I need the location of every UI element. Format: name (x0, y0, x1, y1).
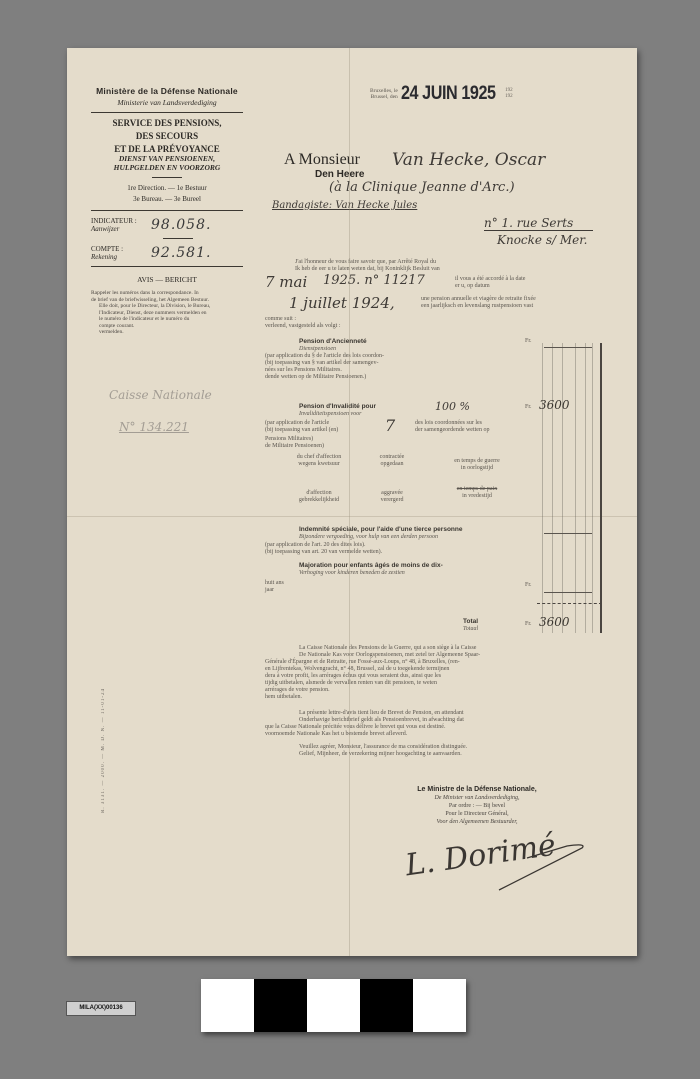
brevet-paragraph: La présente lettre-d'avis tient lieu de … (265, 710, 464, 738)
date-label-nl: Brussel, den (370, 94, 398, 100)
intro-fr: J'ai l'honneur de vous faire savoir que,… (295, 259, 440, 266)
inventory-label: MILA(XX)00136 (66, 1001, 136, 1016)
divider (91, 266, 243, 267)
salutation-nl: Den Heere (315, 169, 364, 180)
service-fr-2: DES SECOURS (91, 131, 243, 141)
caisse-paragraph: La Caisse Nationale des Pensions de la G… (265, 645, 480, 701)
service-fr-1: SERVICE DES PENSIONS, (91, 118, 243, 128)
addressee-line3: Bandagiste: Van Hecke Jules (272, 200, 417, 211)
service-fr-3: ET DE LA PRÉVOYANCE (91, 144, 243, 154)
indicateur-field: INDICATEUR : Aanwijzer 98.058. (91, 217, 243, 233)
addressee-city: Knocke s/ Mer. (497, 233, 587, 247)
minister-title: Le Ministre de la Défense Nationale, (417, 786, 536, 793)
pension-invalidite: Pension d'Invalidité pour Invaliditeitsp… (299, 403, 376, 418)
ministry-nl: Ministerie van Landsverdediging (91, 98, 243, 107)
signature-flourish (497, 838, 587, 893)
signature-block: Le Ministre de la Défense Nationale, De … (387, 786, 567, 826)
total-amount: 3600 (539, 615, 570, 629)
service-nl-2: HULPGELDEN EN VOORZORG (91, 163, 243, 172)
compte-label-nl: Rekening (91, 253, 151, 261)
pencil-note-1: Caisse Nationale (109, 388, 212, 402)
closing-formula: Veuillez agréer, Monsieur, l'assurance d… (299, 744, 467, 758)
date-stamp: 24 JUIN 1925 (401, 83, 496, 105)
start-date: 1 juillet 1924, (289, 294, 395, 312)
avis-text: Rappeler les numéros dans la corresponda… (91, 290, 243, 336)
scale-white (307, 979, 360, 1032)
addressee-street: n° 1. rue Serts (484, 216, 593, 231)
addressee-line2: (à la Clinique Jeanne d'Arc.) (329, 180, 515, 195)
pension-anciennete: Pension d'Ancienneté Dienstpensioen (299, 338, 367, 353)
header-left: Ministère de la Défense Nationale Minist… (91, 86, 243, 336)
total-label: Total (463, 618, 478, 625)
avis-title: AVIS — BERICHT (91, 275, 243, 284)
indicateur-value: 98.058. (151, 217, 211, 233)
indicateur-label-nl: Aanwijzer (91, 225, 151, 233)
compte-label: COMPTE : (91, 245, 123, 253)
bureau-line: 3e Bureau. — 3e Bureel (91, 194, 243, 205)
addressee-name: Van Hecke, Oscar (392, 150, 545, 170)
amount-column (542, 343, 602, 633)
divider (152, 177, 182, 178)
document-sheet: Ministère de la Défense Nationale Minist… (67, 48, 637, 956)
pencil-note-2: N° 134.221 (119, 420, 189, 434)
arrete-number: 1925. n° 11217 (323, 273, 425, 288)
scale-black (254, 979, 307, 1032)
invalidite-article: 7 (385, 416, 395, 435)
divider (163, 238, 193, 239)
invalidite-percent: 100 % (435, 400, 470, 413)
color-scale-bar (201, 979, 466, 1032)
scale-white (201, 979, 254, 1032)
date-line: Bruxelles, le Brussel, den 24 JUIN 1925 … (370, 83, 513, 105)
compte-field: COMPTE : Rekening 92.581. (91, 245, 243, 261)
arrete-date: 7 mai (265, 273, 307, 291)
divider (91, 112, 243, 113)
intro-nl: Ik heb de eer u te laten weten dat, bij … (295, 266, 440, 273)
service-nl-1: DIENST VAN PENSIOENEN, (91, 154, 243, 163)
vertical-print-code: R. 3131. — 2000. — M. D. N. — 11-01-24 (101, 688, 106, 813)
salutation-fr: A Monsieur (284, 151, 360, 169)
indicateur-label: INDICATEUR : (91, 217, 137, 225)
direction-line: 1re Direction. — 1e Bestuur (91, 183, 243, 194)
compte-value: 92.581. (151, 245, 211, 261)
invalidite-amount: 3600 (539, 398, 570, 412)
scale-white (413, 979, 466, 1032)
scale-black (360, 979, 413, 1032)
divider (91, 210, 243, 211)
ministry-fr: Ministère de la Défense Nationale (91, 86, 243, 96)
